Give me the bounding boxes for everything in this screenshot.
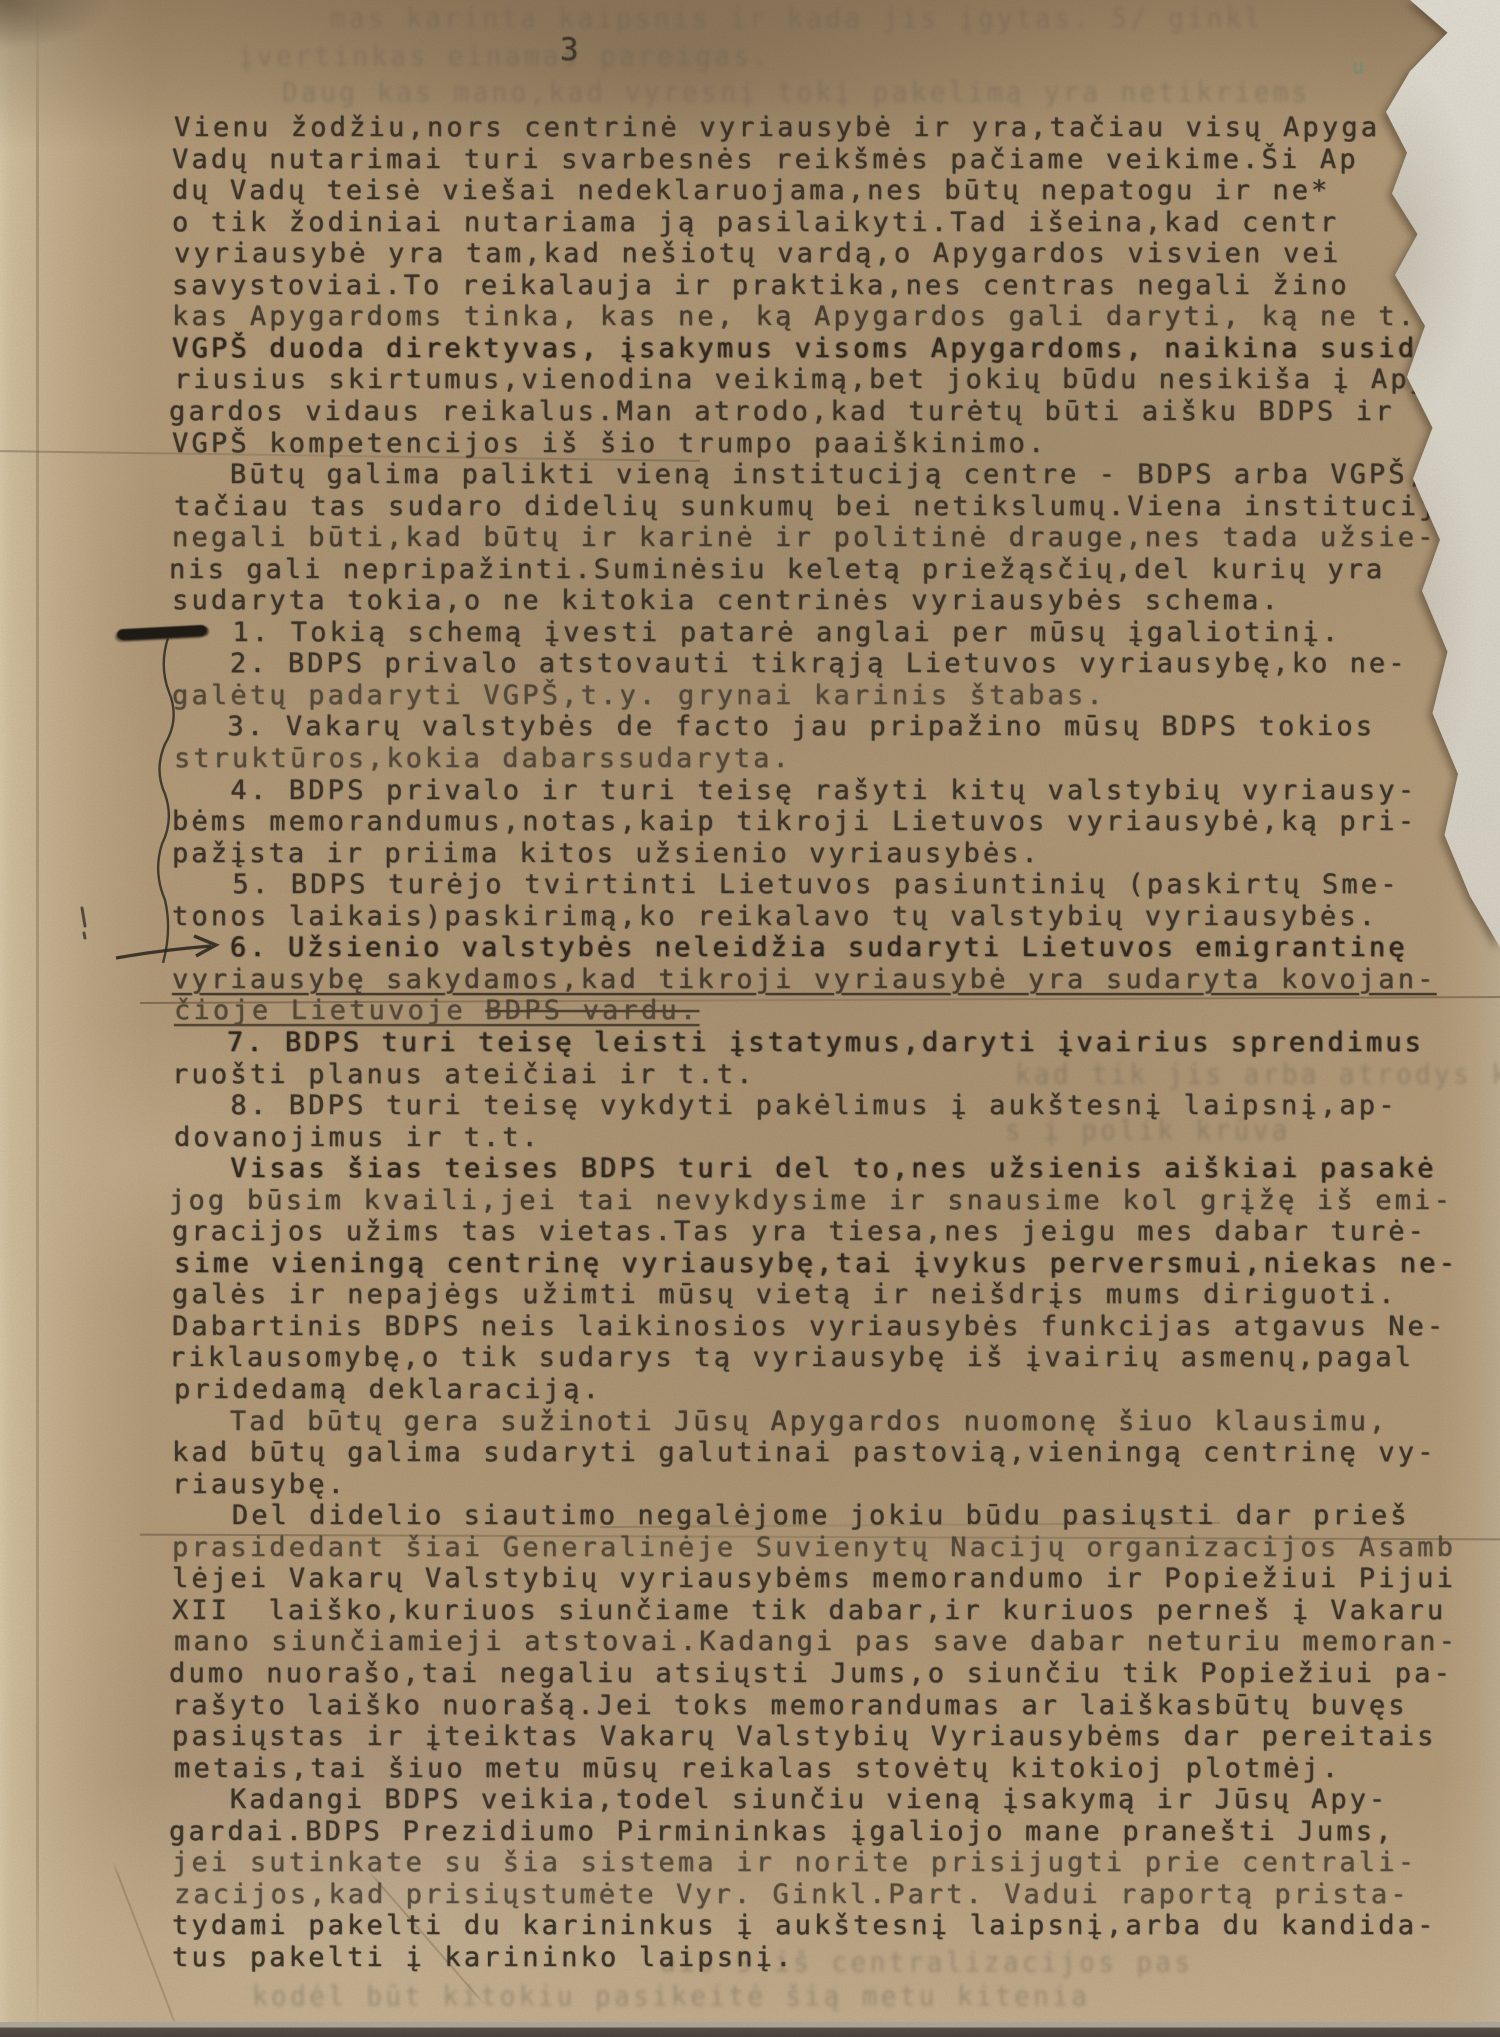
margin-squiggle-line bbox=[148, 638, 192, 963]
margin-exclamation-mark bbox=[76, 906, 92, 942]
scan-edge-bottom bbox=[0, 2022, 1500, 2037]
margin-annotations bbox=[0, 0, 1500, 2037]
document-page: 3 mas karinta kaipsnis ir kada jis įgyta… bbox=[0, 0, 1500, 2037]
margin-arrow-icon bbox=[112, 930, 232, 966]
